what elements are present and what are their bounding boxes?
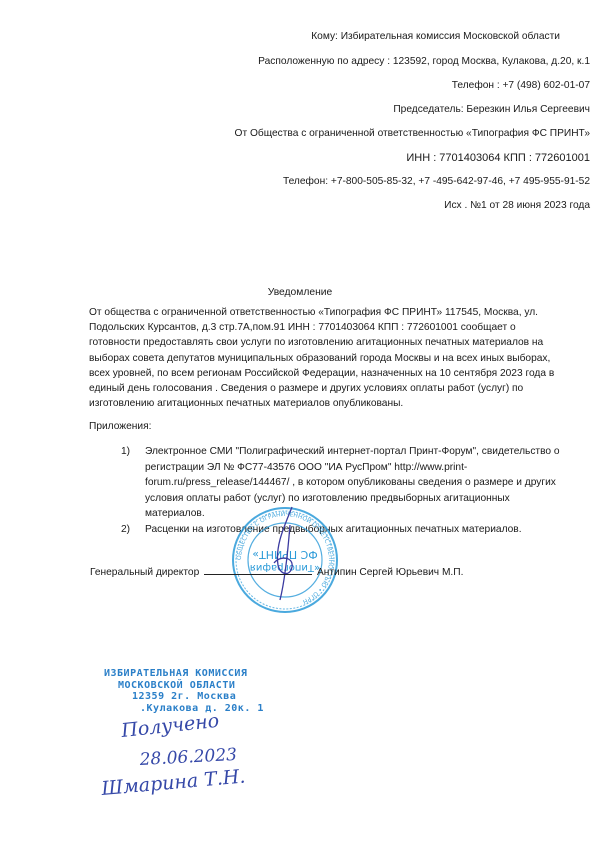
handwritten-date: 28.06.2023 — [138, 745, 237, 770]
signer-name: Антипин Сергей Юрьевич М.П. — [317, 567, 463, 578]
body-line: От общества с ограниченной ответственнос… — [89, 305, 589, 320]
annex-line: условия оплаты работ (услуг) по изготовл… — [145, 491, 591, 507]
svg-text:ФС ПРИНТ»: ФС ПРИНТ» — [252, 548, 318, 561]
company-seal-icon: ОБЩЕСТВО С ОГРАНИЧЕННОЙ ОТВЕТСТВЕННОСТЬЮ… — [230, 505, 340, 615]
signer-position: Генеральный директор — [90, 567, 199, 578]
recipient-chairman: Председатель: Березкин Илья Сергеевич — [393, 104, 590, 115]
body-line: готовности предоставлять свои услуги по … — [89, 335, 589, 350]
annex-line: Электронное СМИ "Полиграфический интерне… — [145, 444, 591, 460]
notice-body: От общества с ограниченной ответственнос… — [89, 305, 589, 411]
stamp-line: 12359 2г. Москва — [104, 691, 264, 703]
body-line: Подольских Курсантов, д.3 стр.7А,пом.91 … — [89, 320, 589, 335]
annex-number: 2) — [121, 522, 130, 538]
annex-line: forum.ru/press_release/144467/ , в котор… — [145, 475, 591, 491]
sender: От Общества с ограниченной ответственнос… — [235, 128, 590, 139]
body-line: всех уровней, по всем регионам Российско… — [89, 366, 589, 381]
stamp-line: МОСКОВСКОЙ ОБЛАСТИ — [104, 680, 264, 692]
body-line: выборах совета депутатов муниципальных о… — [89, 351, 589, 366]
recipient-phone: Телефон : +7 (498) 602-01-07 — [452, 80, 590, 91]
sender-phones: Телефон: +7-800-505-85-32, +7 -495-642-9… — [283, 176, 590, 187]
handwritten-signer: Шмарина Т.Н. — [100, 765, 246, 800]
annex-number: 1) — [121, 444, 130, 460]
annex-line: материалов. — [145, 506, 591, 522]
signature-row: Генеральный директор Антипин Сергей Юрье… — [90, 565, 463, 578]
handwritten-received: Получено — [119, 715, 220, 742]
annex-item-1: 1) Электронное СМИ "Полиграфический инте… — [121, 444, 591, 522]
stamp-line: .Кулакова д. 20к. 1 — [104, 703, 264, 715]
body-line: единый день голосования . Сведения о раз… — [89, 381, 589, 396]
sender-inn-kpp: ИНН : 7701403064 КПП : 772601001 — [406, 152, 590, 164]
signature-line — [204, 565, 312, 575]
stamp-line: ИЗБИРАТЕЛЬНАЯ КОМИССИЯ — [104, 668, 264, 680]
annex-label: Приложения: — [89, 421, 151, 432]
handwritten-note: Получено 28.06.2023 Шмарина Т.Н. — [100, 715, 320, 810]
annex-item-2: 2) Расценки на изготовление предвыборных… — [121, 522, 591, 538]
annex-list: 1) Электронное СМИ "Полиграфический инте… — [121, 444, 591, 538]
recipient: Кому: Избирательная комиссия Московской … — [311, 31, 560, 42]
recipient-address: Расположенную по адресу : 123592, город … — [258, 56, 590, 67]
received-stamp: ИЗБИРАТЕЛЬНАЯ КОМИССИЯ МОСКОВСКОЙ ОБЛАСТ… — [104, 668, 264, 714]
body-line: изготовлению агитационных печатных матер… — [89, 396, 589, 411]
annex-line: Расценки на изготовление предвыборных аг… — [145, 522, 591, 538]
outgoing-number: Исх . №1 от 28 июня 2023 года — [444, 200, 590, 211]
annex-line: регистрации ЭЛ № ФС77-43576 ООО "ИА РусП… — [145, 460, 591, 476]
document-title: Уведомление — [0, 287, 600, 298]
